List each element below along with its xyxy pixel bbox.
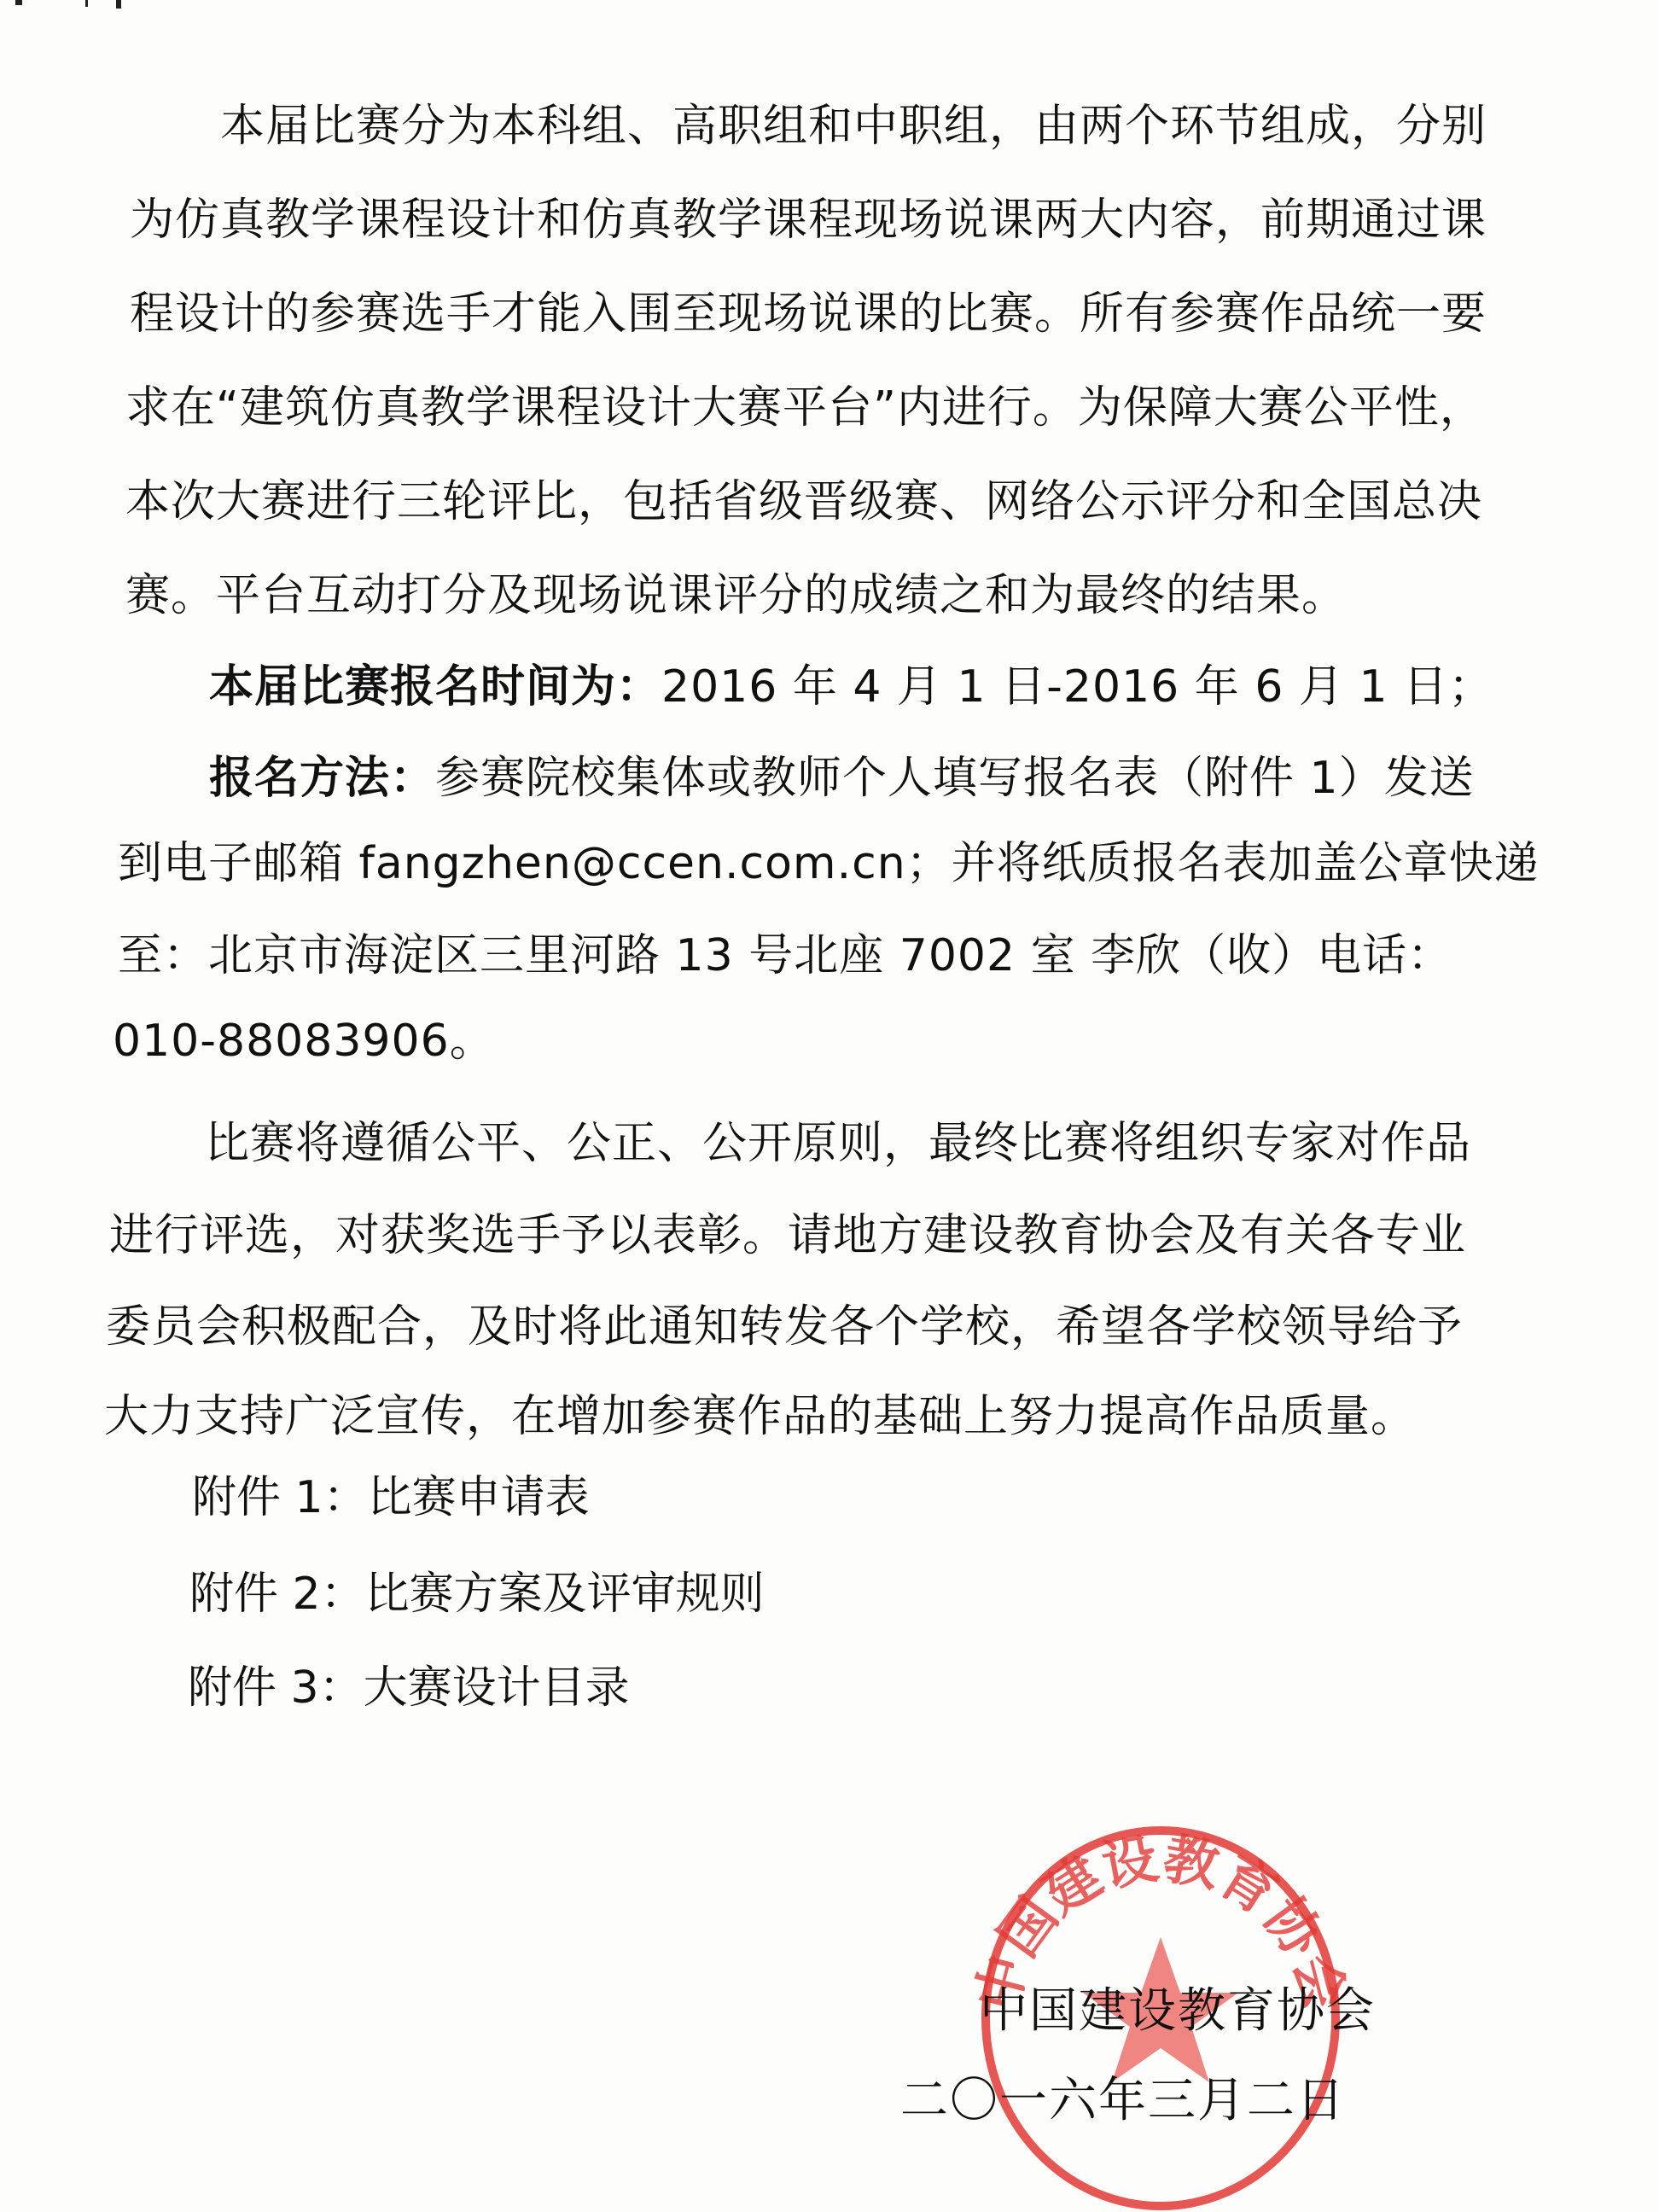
attachment-item: 附件 3：大赛设计目录 [188, 1662, 630, 1714]
text-line: 求在“建筑仿真教学课程设计大赛平台”内进行。为保障大赛公平性， [125, 382, 1485, 434]
text-line: 为仿真教学课程设计和仿真教学课程现场说课两大内容，前期通过课 [130, 195, 1487, 246]
attachment-title: 比赛方案及评审规则 [365, 1569, 765, 1620]
address-line: 至：北京市海淀区三里河路 13 号北座 7002 室 李欣（收）电话： [118, 930, 1452, 981]
text-line: 程设计的参赛选手才能入围至现场说课的比赛。所有参赛作品统一要 [130, 288, 1487, 340]
text-line: 比赛将遵循公平、公正、公开原则，最终比赛将组织专家对作品 [205, 1118, 1471, 1169]
signature-date: 二〇一六年三月二日 [900, 2074, 1346, 2128]
attachment-title: 大赛设计目录 [364, 1662, 630, 1714]
registration-time: 本届比赛报名时间为：2016 年 4 月 1 日-2016 年 6 月 1 日； [209, 661, 1493, 713]
phone-line: 010-88083906。 [113, 1016, 495, 1067]
signature-organization: 中国建设教育协会 [980, 1984, 1376, 2039]
text-line: 进行评选，对获奖选手予以表彰。请地方建设教育协会及有关各专业 [109, 1210, 1466, 1261]
text-line: 本届比赛分为本科组、高职组和中职组，由两个环节组成，分别 [220, 101, 1487, 152]
attachment-label: 附件 1： [192, 1472, 368, 1523]
text-line: 参赛院校集体或教师个人填写报名表（附件 1）发送 [435, 753, 1475, 804]
attachment-item: 附件 2：比赛方案及评审规则 [189, 1569, 765, 1620]
attachment-label: 附件 2： [189, 1569, 365, 1620]
registration-time-label: 本届比赛报名时间为： [209, 661, 661, 713]
registration-time-value: 2016 年 4 月 1 日-2016 年 6 月 1 日； [661, 661, 1493, 713]
registration-method-label: 报名方法： [209, 753, 435, 804]
text-line: 赛。平台互动打分及现场说课评分的成绩之和为最终的结果。 [125, 570, 1347, 621]
attachment-title: 比赛申请表 [368, 1472, 590, 1523]
text-line: 本次大赛进行三轮评比，包括省级晋级赛、网络公示评分和全国总决 [125, 476, 1482, 527]
text-line: 大力支持广泛宣传，在增加参赛作品的基础上努力提高作品质量。 [104, 1391, 1416, 1442]
text-line: 委员会积极配合，及时将此通知转发各个学校，希望各学校领导给予 [106, 1301, 1463, 1353]
scan-artifact [0, 0, 256, 17]
email-line: 到电子邮箱 fangzhen@ccen.com.cn；并将纸质报名表加盖公章快递 [118, 838, 1540, 889]
attachment-item: 附件 1：比赛申请表 [192, 1472, 590, 1523]
attachment-label: 附件 3： [188, 1662, 364, 1714]
